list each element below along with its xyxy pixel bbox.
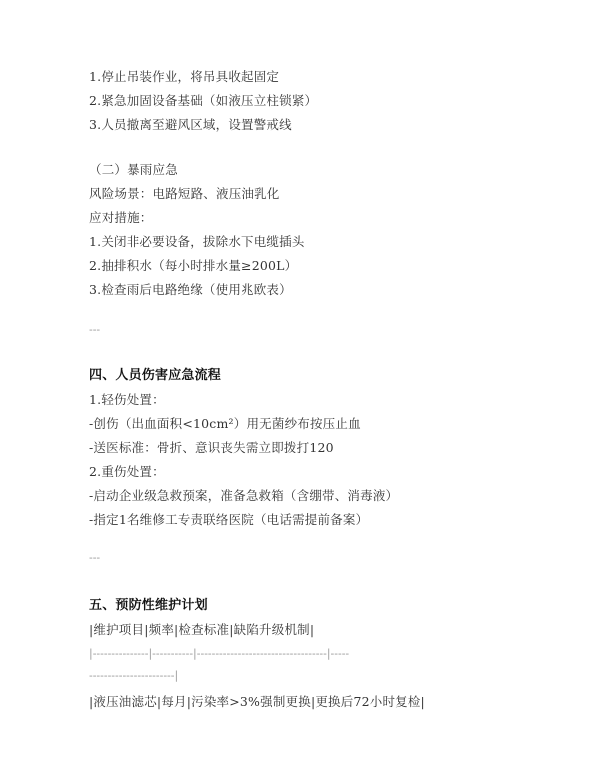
- document-page: 1.停止吊装作业，将吊具收起固定 2.紧急加固设备基础（如液压立柱锁紧） 3.人…: [0, 0, 600, 776]
- list-item: 2.紧急加固设备基础（如液压立柱锁紧）: [89, 93, 317, 109]
- list-item: 3.检查雨后电路绝缘（使用兆欧表）: [89, 282, 292, 298]
- list-item: -创伤（出血面积<10cm²）用无菌纱布按压止血: [89, 416, 361, 432]
- list-item: 1.轻伤处置：: [89, 392, 165, 408]
- table-separator-wrap: -----------------------|: [89, 668, 178, 684]
- measures-label: 应对措施：: [89, 210, 153, 226]
- list-item: -启动企业级急救预案，准备急救箱（含绷带、消毒液）: [89, 488, 398, 504]
- divider: ---: [89, 322, 100, 338]
- list-item: 1.停止吊装作业，将吊具收起固定: [89, 69, 279, 85]
- section-heading: 四、人员伤害应急流程: [89, 368, 221, 384]
- list-item: 2.抽排积水（每小时排水量≥200L）: [89, 258, 297, 274]
- list-item: 2.重伤处置：: [89, 464, 165, 480]
- list-item: -送医标准：骨折、意识丧失需立即拨打120: [89, 440, 334, 456]
- section-heading: 五、预防性维护计划: [89, 598, 208, 614]
- list-item: -指定1名维修工专责联络医院（电话需提前备案）: [89, 512, 368, 528]
- table-row: |液压油滤芯|每月|污染率>3%强制更换|更换后72小时复检|: [89, 694, 425, 710]
- table-separator: |---------------|-----------|-----------…: [89, 646, 349, 662]
- list-item: 3.人员撤离至避风区域，设置警戒线: [89, 117, 292, 133]
- list-item: 1.关闭非必要设备，拔除水下电缆插头: [89, 234, 305, 250]
- divider: ---: [89, 550, 100, 566]
- subsection-title: （二）暴雨应急: [89, 162, 178, 178]
- risk-scenario: 风险场景：电路短路、液压油乳化: [89, 186, 280, 202]
- table-header-row: |维护项目|频率|检查标准|缺陷升级机制|: [89, 622, 314, 638]
